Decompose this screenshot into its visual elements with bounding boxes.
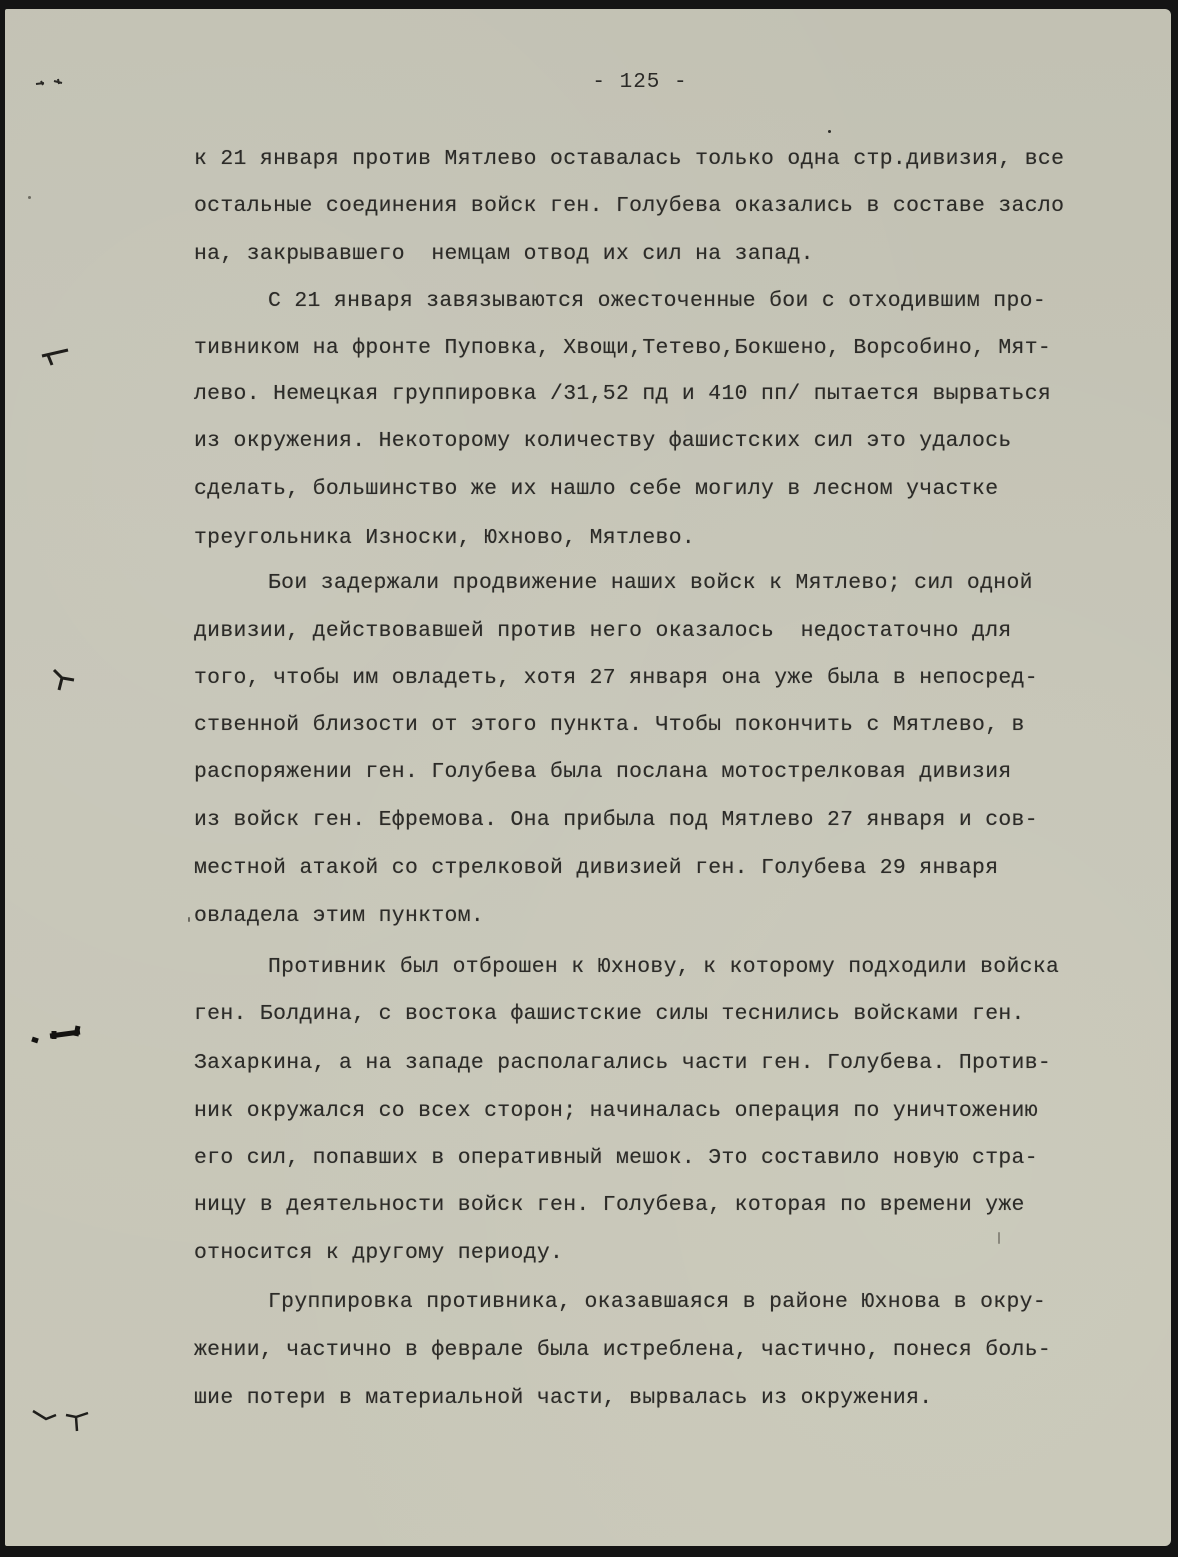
paper-speck xyxy=(188,917,190,922)
text-line: того, чтобы им овладеть, хотя 27 января … xyxy=(194,665,1038,691)
paper-speck xyxy=(28,196,31,199)
text-line: С 21 января завязываются ожесточенные бо… xyxy=(268,288,1046,314)
text-line: к 21 января против Мятлево оставалась то… xyxy=(194,146,1064,172)
text-line: ник окружался со всех сторон; начиналась… xyxy=(194,1098,1038,1124)
punch-hole-icon xyxy=(30,1405,96,1435)
text-line: овладела этим пунктом. xyxy=(194,903,484,929)
text-line: ницу в деятельности войск ген. Голубева,… xyxy=(194,1192,1025,1218)
text-line: из войск ген. Ефремова. Она прибыла под … xyxy=(194,807,1038,833)
punch-hole-icon xyxy=(34,76,68,88)
text-line: Захаркина, а на западе располагались час… xyxy=(194,1050,1051,1076)
text-line: ген. Болдина, с востока фашистские силы … xyxy=(194,1001,1025,1027)
text-line: жении, частично в феврале была истреблен… xyxy=(194,1337,1051,1363)
text-line: на, закрывавшего немцам отвод их сил на … xyxy=(194,241,814,267)
punch-hole-icon xyxy=(32,344,72,368)
text-line: Противник был отброшен к Юхнову, к котор… xyxy=(268,954,1059,980)
text-line: лево. Немецкая группировка /31,52 пд и 4… xyxy=(194,381,1051,407)
text-line: его сил, попавших в оперативный мешок. Э… xyxy=(194,1145,1038,1171)
text-line: Группировка противника, оказавшаяся в ра… xyxy=(268,1289,1046,1315)
text-line: Бои задержали продвижение наших войск к … xyxy=(268,570,1033,596)
text-line: треугольника Износки, Юхново, Мятлево. xyxy=(194,525,695,551)
text-line: остальные соединения войск ген. Голубева… xyxy=(194,193,1064,219)
text-line: ственной близости от этого пункта. Чтобы… xyxy=(194,712,1025,738)
text-line: относится к другому периоду. xyxy=(194,1240,563,1266)
text-line: местной атакой со стрелковой дивизией ге… xyxy=(194,855,998,881)
page-number: - 125 - xyxy=(0,71,1178,94)
punch-hole-icon xyxy=(28,1012,88,1046)
paper-speck xyxy=(828,130,831,133)
text-line: тивником на фронте Пуповка, Хвощи,Тетево… xyxy=(194,335,1051,361)
text-line: из окружения. Некоторому количеству фаши… xyxy=(194,428,1012,454)
paper-speck xyxy=(998,1232,1000,1244)
text-line: шие потери в материальной части, вырвала… xyxy=(194,1385,932,1411)
text-line: сделать, большинство же их нашло себе мо… xyxy=(194,476,998,502)
text-line: распоряжении ген. Голубева была послана … xyxy=(194,759,1012,785)
text-line: дивизии, действовавшей против него оказа… xyxy=(194,618,1012,644)
punch-hole-icon xyxy=(50,664,84,694)
